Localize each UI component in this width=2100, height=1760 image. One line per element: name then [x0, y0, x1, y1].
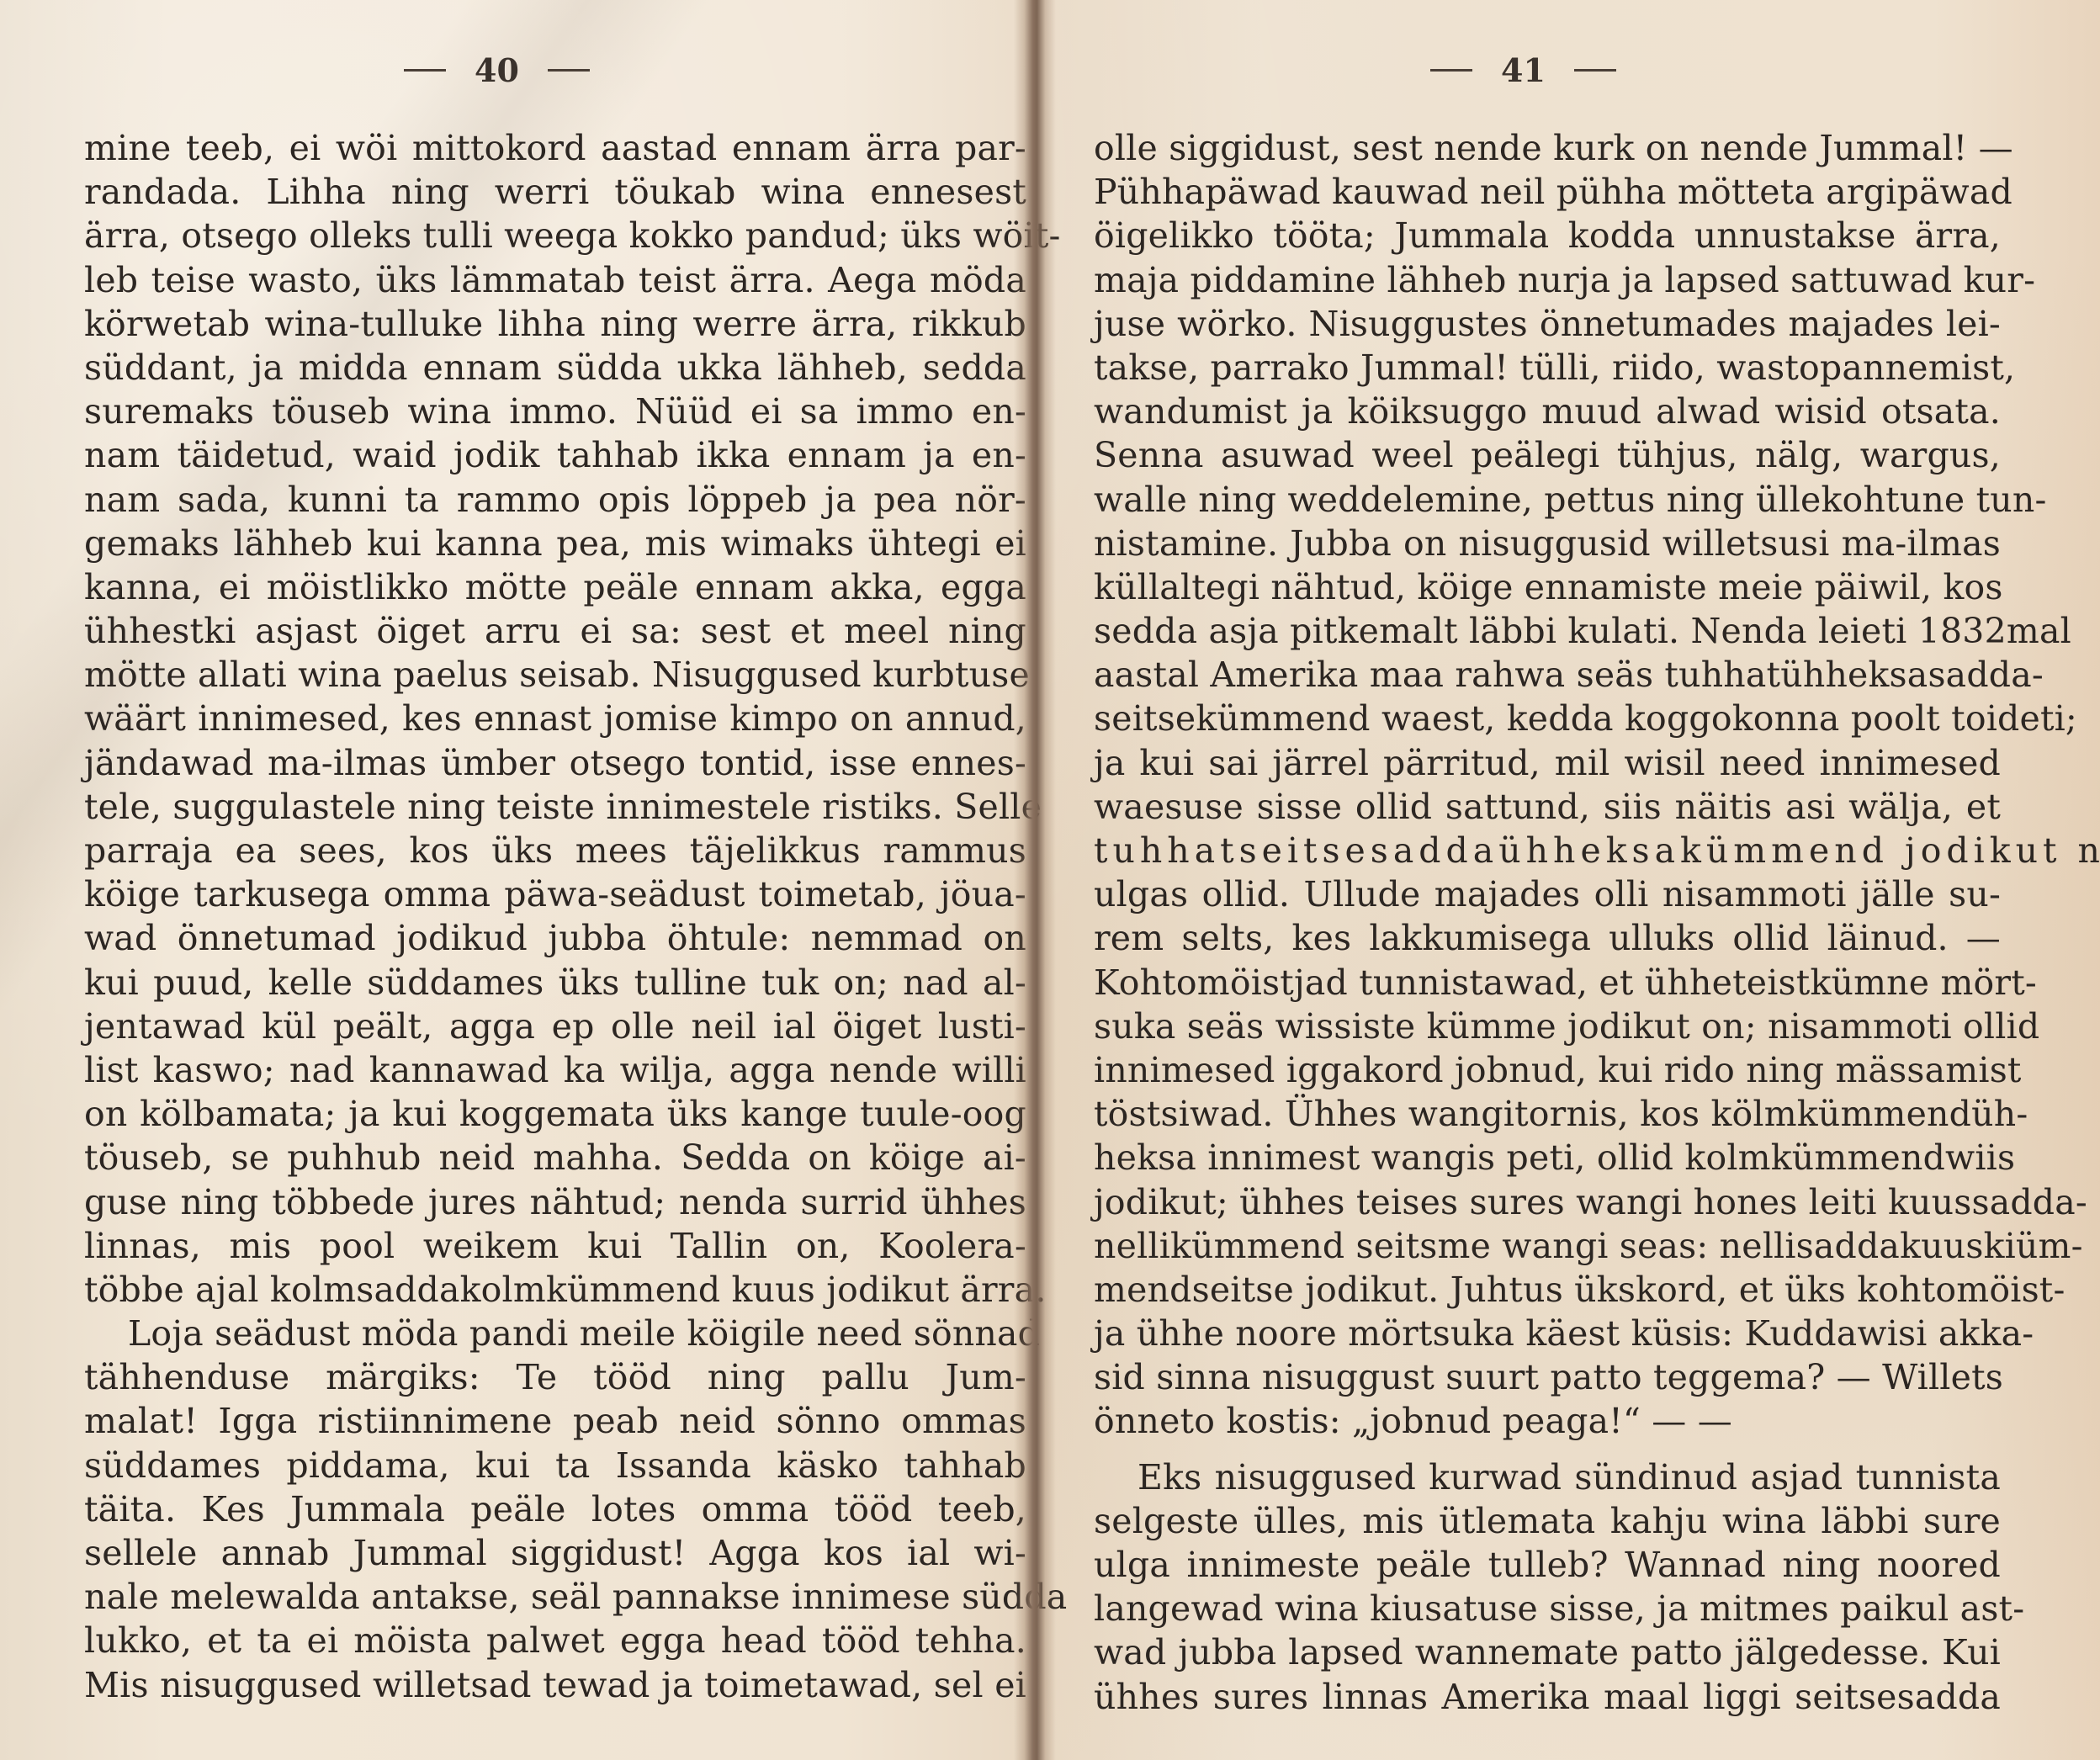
page-number: 41 [1501, 51, 1546, 89]
text-line: wandumist ja köiksuggo muud alwad wisid … [1094, 390, 2001, 433]
text-line: nam sada, kunni ta rammo opis löppeb ja … [84, 478, 1026, 522]
text-line: mötte allati wina paelus seisab. Nisuggu… [84, 653, 1026, 697]
text-line: aastal Amerika maa rahwa seäs tuhhatühhe… [1094, 653, 2001, 697]
text-line: kanna, ei möistlikko mötte peäle ennam a… [84, 565, 1026, 609]
text-line: sedda asja pitkemalt läbbi kulati. Nenda… [1094, 609, 2001, 653]
text-line: sid sinna nisuggust suurt patto teggema?… [1094, 1355, 2001, 1399]
text-line: takse, parrako Jummal! tülli, riido, was… [1094, 346, 2001, 390]
text-line: heksa innimest wangis peti, ollid kolmkü… [1094, 1136, 2001, 1180]
text-line: ja kui sai järrel pärritud, mil wisil ne… [1094, 741, 2001, 785]
text-line: list kaswo; nad kannawad ka wilja, agga … [84, 1048, 1026, 1092]
text-line: süddant, ja midda ennam südda ukka lähhe… [84, 346, 1026, 390]
text-line: lukko, et ta ei möista palwet egga head … [84, 1619, 1026, 1662]
text-line: ärra, otsego olleks tulli weega kokko pa… [84, 214, 1026, 257]
book-spread: 40 mine teeb, ei wöi mittokord aastad en… [0, 0, 2100, 1760]
page-number: 40 [475, 51, 519, 89]
text-line: ja ühhe noore mörtsuka käest küsis: Kudd… [1094, 1312, 2001, 1355]
dash-ornament [404, 69, 446, 72]
text-line: malat! Igga ristiinnimene peab neid sönn… [84, 1399, 1026, 1443]
text-line: juse wörko. Nisuggustes önnetumades maja… [1094, 302, 2001, 346]
text-line: Pühhapäwad kauwad neil pühha mötteta arg… [1094, 170, 2001, 214]
paragraph-start-line: Loja seädust möda pandi meile köigile ne… [84, 1312, 1026, 1355]
text-line: töstsiwad. Ühhes wangitornis, kos kölmkü… [1094, 1092, 2001, 1136]
text-line: nellikümmend seitsme wangi seas: nellisa… [1094, 1224, 2001, 1268]
text-line: Kohtomöistjad tunnistawad, et ühheteistk… [1094, 961, 2001, 1005]
text-line: kui puud, kelle süddames üks tulline tuk… [84, 961, 1026, 1005]
text-line: leb teise wasto, üks lämmatab teist ärra… [84, 258, 1026, 302]
text-line: öigelikko tööta; Jummala kodda unnustaks… [1094, 214, 2001, 257]
text-line: maja piddamine lähheb nurja ja lapsed sa… [1094, 258, 2001, 302]
text-line: töuseb, se puhhub neid mahha. Sedda on k… [84, 1136, 1026, 1180]
text-line: innimesed iggakord jobnud, kui rido ning… [1094, 1048, 2001, 1092]
text-line: ulgas ollid. Ullude majades olli nisammo… [1094, 872, 2001, 916]
dash-ornament [1574, 69, 1616, 72]
text-line: tele, suggulastele ning teiste innimeste… [84, 785, 1026, 829]
text-line: täita. Kes Jummala peäle lotes omma tööd… [84, 1487, 1026, 1531]
page-number-header: 40 [404, 49, 590, 91]
text-line: nam täidetud, waid jodik tahhab ikka enn… [84, 433, 1026, 477]
text-line: köige tarkusega omma päwa-seädust toimet… [84, 872, 1026, 916]
paragraph-end-line: önneto kostis: „jobnud peaga!“ — — [1094, 1399, 2001, 1443]
text-line: ühhestki asjast öiget arru ei sa: sest e… [84, 609, 1026, 653]
text-line: ühhes sures linnas Amerika maal liggi se… [1094, 1675, 2001, 1719]
page-number-header: 41 [1430, 49, 1616, 91]
text-line: jändawad ma-ilmas ümber otsego tontid, i… [84, 741, 1026, 785]
text-line: tähhenduse märgiks: Te tööd ning pallu J… [84, 1355, 1026, 1399]
text-line: waesuse sisse ollid sattund, siis näitis… [1094, 785, 2001, 829]
text-line: Mis nisuggused willetsad tewad ja toimet… [84, 1663, 1026, 1707]
text-line: Senna asuwad weel peälegi tühjus, nälg, … [1094, 433, 2001, 477]
paragraph-start-line: Eks nisuggused kurwad sündinud asjad tun… [1094, 1455, 2001, 1499]
text-line: walle ning weddelemine, pettus ning ülle… [1094, 478, 2001, 522]
book-gutter [1014, 0, 1056, 1760]
text-line: randada. Lihha ning werri töukab wina en… [84, 170, 1026, 214]
text-line: wad jubba lapsed wannemate patto jälgede… [1094, 1630, 2001, 1674]
text-line: parraja ea sees, kos üks mees täjelikkus… [84, 829, 1026, 872]
text-line: mine teeb, ei wöi mittokord aastad ennam… [84, 126, 1026, 170]
text-line: jentawad kül peält, agga ep olle neil ia… [84, 1005, 1026, 1048]
text-line: nale melewalda antakse, seäl pannakse in… [84, 1575, 1026, 1619]
text-line: nistamine. Jubba on nisuggusid willetsus… [1094, 522, 2001, 565]
text-line: wäärt innimesed, kes ennast jomise kimpo… [84, 697, 1026, 740]
text-line: selgeste ülles, mis ütlemata kahju wina … [1094, 1499, 2001, 1543]
text-line: linnas, mis pool weikem kui Tallin on, K… [84, 1224, 1026, 1268]
right-page: 41 olle siggidust, sest nende kurk on ne… [1052, 0, 2100, 1760]
text-line: seitsekümmend waest, kedda koggokonna po… [1094, 697, 2001, 740]
text-line: körwetab wina-tulluke lihha ning werre ä… [84, 302, 1026, 346]
text-line: olle siggidust, sest nende kurk on nende… [1094, 126, 2001, 170]
text-line: guse ning többede jures nähtud; nenda su… [84, 1180, 1026, 1224]
text-line: többe ajal kolmsaddakolmkümmend kuus jod… [84, 1268, 1026, 1312]
text-line: langewad wina kiusatuse sisse, ja mitmes… [1094, 1587, 2001, 1630]
text-line: mendseitse jodikut. Juhtus ükskord, et ü… [1094, 1268, 2001, 1312]
text-line-emphasized: tuhhatseitsesaddaühheksakümmend jodikut … [1094, 829, 2001, 872]
page-body-text: mine teeb, ei wöi mittokord aastad ennam… [84, 126, 1026, 1707]
text-line: wad önnetumad jodikud jubba öhtule: nemm… [84, 916, 1026, 960]
text-line: suremaks töuseb wina immo. Nüüd ei sa im… [84, 390, 1026, 433]
text-line: sellele annab Jummal siggidust! Agga kos… [84, 1531, 1026, 1575]
text-line: jodikut; ühhes teises sures wangi hones … [1094, 1180, 2001, 1224]
text-line: rem selts, kes lakkumisega ulluks ollid … [1094, 916, 2001, 960]
text-line: on kölbamata; ja kui koggemata üks kange… [84, 1092, 1026, 1136]
dash-ornament [548, 69, 590, 72]
left-page: 40 mine teeb, ei wöi mittokord aastad en… [0, 0, 1031, 1760]
text-line: ulga innimeste peäle tulleb? Wannad ning… [1094, 1543, 2001, 1587]
text-line: gemaks lähheb kui kanna pea, mis wimaks … [84, 522, 1026, 565]
text-line: suka seäs wissiste kümme jodikut on; nis… [1094, 1005, 2001, 1048]
page-body-text: olle siggidust, sest nende kurk on nende… [1094, 126, 2001, 1719]
text-line: küllaltegi nähtud, köige ennamiste meie … [1094, 565, 2001, 609]
text-line: süddames piddama, kui ta Issanda käsko t… [84, 1444, 1026, 1487]
dash-ornament [1430, 69, 1472, 72]
